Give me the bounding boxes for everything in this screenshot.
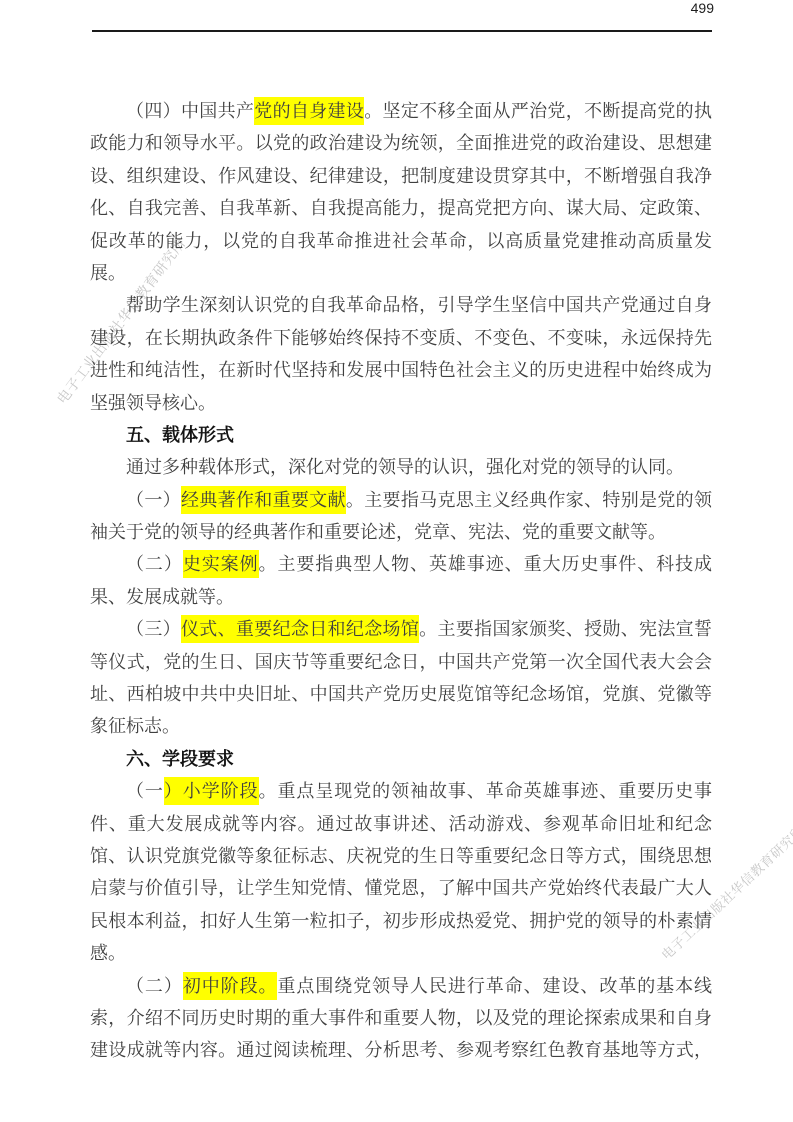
text-line: 果、发展成就等。: [90, 581, 712, 613]
text-line: 坚强领导核心。: [90, 387, 712, 419]
text-line: 通过多种载体形式，深化对党的领导的认识，强化对党的领导的认同。: [90, 451, 712, 483]
page-number: 499: [691, 0, 714, 16]
text-line: （二）史实案例。主要指典型人物、英雄事迹、重大历史事件、科技成: [90, 548, 712, 580]
text-line: 感。: [90, 937, 712, 969]
text-line: 袖关于党的领导的经典著作和重要论述，党章、宪法、党的重要文献等。: [90, 516, 712, 548]
highlighted-text: 党的自身建设: [254, 97, 364, 125]
text-line: （四）中国共产党的自身建设。坚定不移全面从严治党，不断提高党的执: [90, 95, 712, 127]
highlighted-text: 初中阶段。: [183, 972, 278, 1000]
text-line: 帮助学生深刻认识党的自我革命品格，引导学生坚信中国共产党通过自身: [90, 289, 712, 321]
text-line: 索，介绍不同历史时期的重大事件和重要人物，以及党的理论探索成果和自身: [90, 1002, 712, 1034]
text-line: 件、重大发展成就等内容。通过故事讲述、活动游戏、参观革命旧址和纪念: [90, 808, 712, 840]
text-line: 建设，在长期执政条件下能够始终保持不变质、不变色、不变味，永远保持先: [90, 322, 712, 354]
highlighted-text: 经典著作和重要文献: [181, 486, 346, 514]
text-line: 设、组织建设、作风建设、纪律建设，把制度建设贯穿其中，不断增强自我净: [90, 160, 712, 192]
highlighted-text: 仪式、重要纪念日和纪念场馆: [181, 615, 419, 643]
text-line: 址、西柏坡中共中央旧址、中国共产党历史展览馆等纪念场馆，党旗、党徽等: [90, 678, 712, 710]
text-line: （一）经典著作和重要文献。主要指马克思主义经典作家、特别是党的领: [90, 484, 712, 516]
text-line: 启蒙与价值引导，让学生知党情、懂党恩，了解中国共产党始终代表最广大人: [90, 872, 712, 904]
text-line: （二）初中阶段。重点围绕党领导人民进行革命、建设、改革的基本线: [90, 970, 712, 1002]
document-page: 499 电子工业出版社华信教育研究所 电子工业出版社华信教育研究所 （四）中国共…: [0, 0, 793, 1122]
text-line: （一）小学阶段。重点呈现党的领袖故事、革命英雄事迹、重要历史事: [90, 775, 712, 807]
text-line: 促改革的能力，以党的自我革命推进社会革命，以高质量党建推动高质量发: [90, 225, 712, 257]
text-line: 馆、认识党旗党徽等象征标志、庆祝党的生日等重要纪念日等方式，围绕思想: [90, 840, 712, 872]
text-line: 展。: [90, 257, 712, 289]
text-line: 象征标志。: [90, 710, 712, 742]
section-heading: 六、学段要求: [90, 743, 712, 775]
section-heading: 五、载体形式: [90, 419, 712, 451]
text-line: 等仪式，党的生日、国庆节等重要纪念日，中国共产党第一次全国代表大会会: [90, 646, 712, 678]
text-line: 政能力和领导水平。以党的政治建设为统领，全面推进党的政治建设、思想建: [90, 127, 712, 159]
text-line: 化、自我完善、自我革新、自我提高能力，提高党把方向、谋大局、定政策、: [90, 192, 712, 224]
highlighted-text: 史实案例: [183, 550, 259, 578]
text-line: 民根本利益，扣好人生第一粒扣子，初步形成热爱党、拥护党的领导的朴素情: [90, 905, 712, 937]
content: （四）中国共产党的自身建设。坚定不移全面从严治党，不断提高党的执政能力和领导水平…: [90, 95, 712, 1067]
text-line: （三）仪式、重要纪念日和纪念场馆。主要指国家颁奖、授勋、宪法宣誓: [90, 613, 712, 645]
text-line: 建设成就等内容。通过阅读梳理、分析思考、参观考察红色教育基地等方式，: [90, 1034, 712, 1066]
header-rule: [92, 30, 712, 32]
highlighted-text: ）小学阶段: [164, 777, 259, 805]
text-line: 进性和纯洁性，在新时代坚持和发展中国特色社会主义的历史进程中始终成为: [90, 354, 712, 386]
